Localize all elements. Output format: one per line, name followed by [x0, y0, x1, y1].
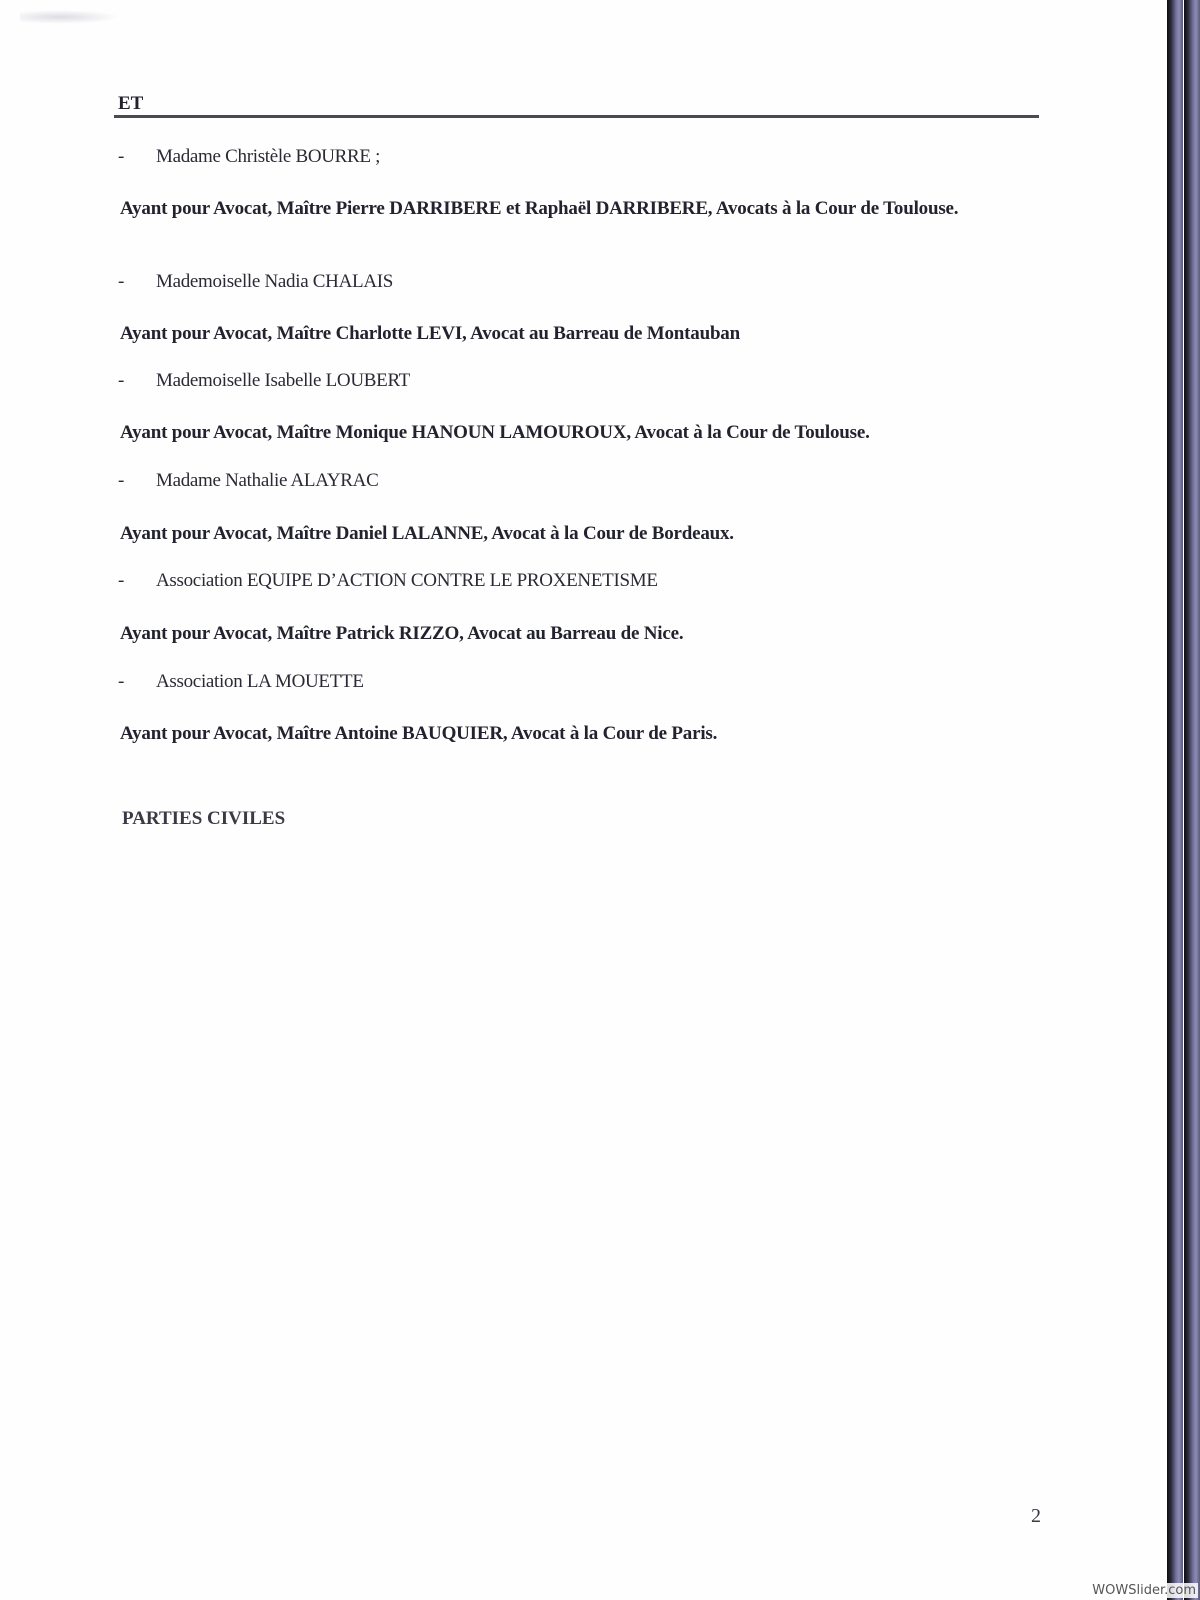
bullet-dash: - [118, 570, 156, 592]
party-item: -Association LA MOUETTE [118, 671, 364, 693]
parties-civiles-label: PARTIES CIVILES [122, 808, 285, 830]
bullet-dash: - [118, 671, 156, 693]
party-item: -Mademoiselle Isabelle LOUBERT [118, 370, 410, 392]
page-number: 2 [1031, 1505, 1041, 1528]
counsel-line: Ayant pour Avocat, Maître Charlotte LEVI… [120, 320, 1040, 348]
counsel-line: Ayant pour Avocat, Maître Pierre DARRIBE… [120, 195, 1040, 223]
counsel-line: Ayant pour Avocat, Maître Patrick RIZZO,… [120, 620, 1040, 648]
scan-smudge [20, 10, 120, 24]
counsel-line: Ayant pour Avocat, Maître Monique HANOUN… [120, 419, 1040, 447]
counsel-line: Ayant pour Avocat, Maître Daniel LALANNE… [120, 520, 1040, 548]
counsel-line: Ayant pour Avocat, Maître Antoine BAUQUI… [120, 720, 1040, 748]
binder-edge [1184, 0, 1200, 1600]
party-name: Mademoiselle Nadia CHALAIS [156, 271, 393, 292]
document-page: ET -Madame Christèle BOURRE ; Ayant pour… [0, 0, 1166, 1600]
watermark-text: WOWSlider.com [1090, 1583, 1198, 1598]
party-item: -Mademoiselle Nadia CHALAIS [118, 271, 393, 293]
party-name: Association EQUIPE D’ACTION CONTRE LE PR… [156, 570, 658, 591]
binder-edge [1167, 0, 1183, 1600]
bullet-dash: - [118, 271, 156, 293]
bullet-dash: - [118, 370, 156, 392]
party-name: Madame Christèle BOURRE ; [156, 146, 380, 167]
section-heading: ET [118, 93, 143, 115]
party-name: Association LA MOUETTE [156, 671, 364, 692]
bullet-dash: - [118, 146, 156, 168]
bullet-dash: - [118, 470, 156, 492]
party-item: -Madame Christèle BOURRE ; [118, 146, 380, 168]
party-item: -Madame Nathalie ALAYRAC [118, 470, 378, 492]
party-item: -Association EQUIPE D’ACTION CONTRE LE P… [118, 570, 658, 592]
party-name: Madame Nathalie ALAYRAC [156, 470, 378, 491]
heading-rule [114, 115, 1039, 118]
party-name: Mademoiselle Isabelle LOUBERT [156, 370, 410, 391]
